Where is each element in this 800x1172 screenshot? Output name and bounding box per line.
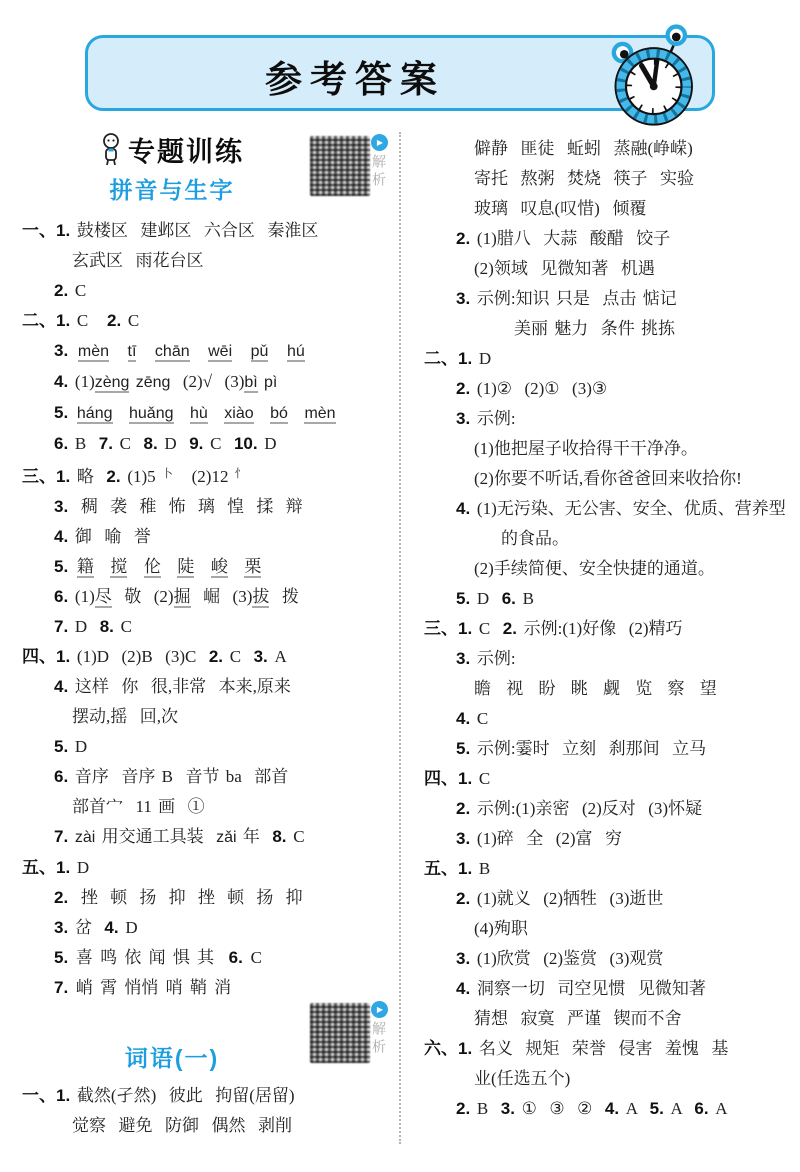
answer-line: 2. (1)就义 (2)牺牲 (3)逝世	[424, 884, 792, 914]
qr-code	[310, 136, 370, 196]
answer-line: 5. D 6. B	[424, 584, 792, 614]
answers-continued: 僻静 匪徒 蚯蚓 蒸融(峥嵘)寄托 熬粥 焚烧 筷子 实验玻璃 叹息(叹惜) 倾…	[424, 130, 792, 1124]
answer-line: 五、1. B	[424, 854, 792, 884]
answer-line: 2. C	[22, 276, 394, 306]
answer-line: 4. C	[424, 704, 792, 734]
left-column: 专题训练 拼音与生字 ▶ 解析 一、1. 鼓楼区 建邺区 六合区 秦淮区玄武区 …	[22, 130, 394, 1141]
answer-line: 玻璃 叹息(叹惜) 倾覆	[424, 194, 792, 224]
answers-words: 一、1. 截然(孑然) 彼此 拘留(居留)觉察 避免 防御 偶然 剥削	[22, 1077, 394, 1141]
answer-line: 4. 御 喻 誉	[22, 522, 394, 552]
answer-line: 5. 喜 鸣 依 闻 惧 其 6. C	[22, 943, 394, 973]
answer-line: 三、1. C 2. 示例:(1)好像 (2)精巧	[424, 614, 792, 644]
answer-line: 3. (1)碎 全 (2)富 穷	[424, 824, 792, 854]
answer-line: (4)殉职	[424, 914, 792, 944]
answer-line: 美丽 魅力 条件 挑拣	[424, 314, 792, 344]
answer-line: 3. (1)欣赏 (2)鉴赏 (3)观赏	[424, 944, 792, 974]
answer-line: 二、1. C 2. C	[22, 306, 394, 336]
answer-line: 3. 示例:	[424, 644, 792, 674]
answer-line: 部首宀 11 画 ①	[22, 792, 394, 822]
answer-line: (2)手续简便、安全快捷的通道。	[424, 554, 792, 584]
answer-line: 5. háng huǎng hù xiào bó mèn	[22, 398, 394, 429]
answer-line: 猜想 寂寞 严谨 锲而不舍	[424, 1004, 792, 1034]
answer-line: (1)他把屋子收拾得干干净净。	[424, 434, 792, 464]
answer-line: 寄托 熬粥 焚烧 筷子 实验	[424, 164, 792, 194]
section-header-words: 词语(一) ▶ 解析	[22, 1003, 394, 1077]
answer-line: 2. (1)② (2)① (3)③	[424, 374, 792, 404]
answer-line: 一、1. 截然(孑然) 彼此 拘留(居留)	[22, 1081, 394, 1111]
answer-line: 6. B 7. C 8. D 9. C 10. D	[22, 429, 394, 459]
answer-line: 4. 洞察一切 司空见惯 见微知著	[424, 974, 792, 1004]
answer-line: 觉察 避免 防御 偶然 剥削	[22, 1111, 394, 1141]
answer-line: 5. 籍 搅 伦 陡 峻 栗	[22, 552, 394, 582]
answer-line: 业(任选五个)	[424, 1064, 792, 1094]
qr-block: ▶ 解析	[310, 136, 388, 200]
answer-line: 2. 示例:(1)亲密 (2)反对 (3)怀疑	[424, 794, 792, 824]
answer-line: 3. 稠 袭 稚 怖 璃 惶 揉 辩	[22, 492, 394, 522]
play-icon: ▶	[371, 1001, 388, 1018]
mascot-icon	[100, 133, 124, 167]
answer-line: 四、1. (1)D (2)B (3)C 2. C 3. A	[22, 642, 394, 672]
subsection-title-words: 词语(一)	[22, 1040, 322, 1073]
section-header-topic-training: 专题训练 拼音与生字 ▶ 解析	[22, 130, 394, 212]
answer-line: 瞻 视 盼 眺 觑 览 察 望	[424, 674, 792, 704]
answer-line: 僻静 匪徒 蚯蚓 蒸融(峥嵘)	[424, 134, 792, 164]
answer-line: 2. 挫 顿 扬 抑 挫 顿 扬 抑	[22, 883, 394, 913]
answer-line: (2)领域 见微知著 机遇	[424, 254, 792, 284]
answer-line: 3. 示例:	[424, 404, 792, 434]
answer-line: 6. (1)尽 敬 (2)掘 崛 (3)拔 拨	[22, 582, 394, 612]
subsection-title-pinyin: 拼音与生字	[22, 172, 322, 205]
qr-code	[310, 1003, 370, 1063]
answer-line: 二、1. D	[424, 344, 792, 374]
answer-line: 3. 岔 4. D	[22, 913, 394, 943]
answer-line: 4. (1)zèng zēng (2)√ (3)bì pì	[22, 367, 394, 398]
answers-pinyin: 一、1. 鼓楼区 建邺区 六合区 秦淮区玄武区 雨花台区2. C二、1. C 2…	[22, 212, 394, 1003]
answer-line: 的食品。	[424, 524, 792, 554]
page-title: 参考答案	[88, 38, 622, 114]
answer-line: 3. 示例:知识 只是 点击 惦记	[424, 284, 792, 314]
right-column: 僻静 匪徒 蚯蚓 蒸融(峥嵘)寄托 熬粥 焚烧 筷子 实验玻璃 叹息(叹惜) 倾…	[424, 130, 792, 1124]
answer-line: 五、1. D	[22, 853, 394, 883]
answer-line: 6. 音序 音序 B 音节 ba 部首	[22, 762, 394, 792]
answer-line: 5. 示例:霎时 立刻 刹那间 立马	[424, 734, 792, 764]
answer-line: 7. zài 用交通工具装 zǎi 年 8. C	[22, 822, 394, 853]
section-title: 专题训练	[128, 130, 244, 169]
answer-line: 三、1. 略 2. (1)5 卜 (2)12 忄	[22, 459, 394, 492]
qr-label: 解析	[367, 154, 387, 190]
answer-line: 六、1. 名义 规矩 荣誉 侵害 羞愧 基	[424, 1034, 792, 1064]
answer-line: (2)你要不听话,看你爸爸回来收拾你!	[424, 464, 792, 494]
answer-line: 四、1. C	[424, 764, 792, 794]
answer-line: 玄武区 雨花台区	[22, 246, 394, 276]
answer-line: 一、1. 鼓楼区 建邺区 六合区 秦淮区	[22, 216, 394, 246]
answer-line: 7. D 8. C	[22, 612, 394, 642]
answer-line: 2. (1)腊八 大蒜 酸醋 饺子	[424, 224, 792, 254]
answer-line: 7. 峭 霄 悄悄 哨 鞘 消	[22, 973, 394, 1003]
answer-line: 4. 这样 你 很,非常 本来,原来	[22, 672, 394, 702]
answer-line: 摆动,摇 回,次	[22, 702, 394, 732]
alarm-clock-icon	[600, 22, 704, 130]
page-header-banner: 参考答案	[85, 35, 715, 111]
answer-line: 5. D	[22, 732, 394, 762]
column-divider	[399, 132, 401, 1144]
qr-block: ▶ 解析	[310, 1003, 388, 1067]
answer-line: 3. mèn tī chān wēi pǔ hú	[22, 336, 394, 367]
play-icon: ▶	[371, 134, 388, 151]
qr-label: 解析	[367, 1021, 387, 1057]
answer-line: 4. (1)无污染、无公害、安全、优质、营养型	[424, 494, 792, 524]
answer-line: 2. B 3. ① ③ ② 4. A 5. A 6. A	[424, 1094, 792, 1124]
